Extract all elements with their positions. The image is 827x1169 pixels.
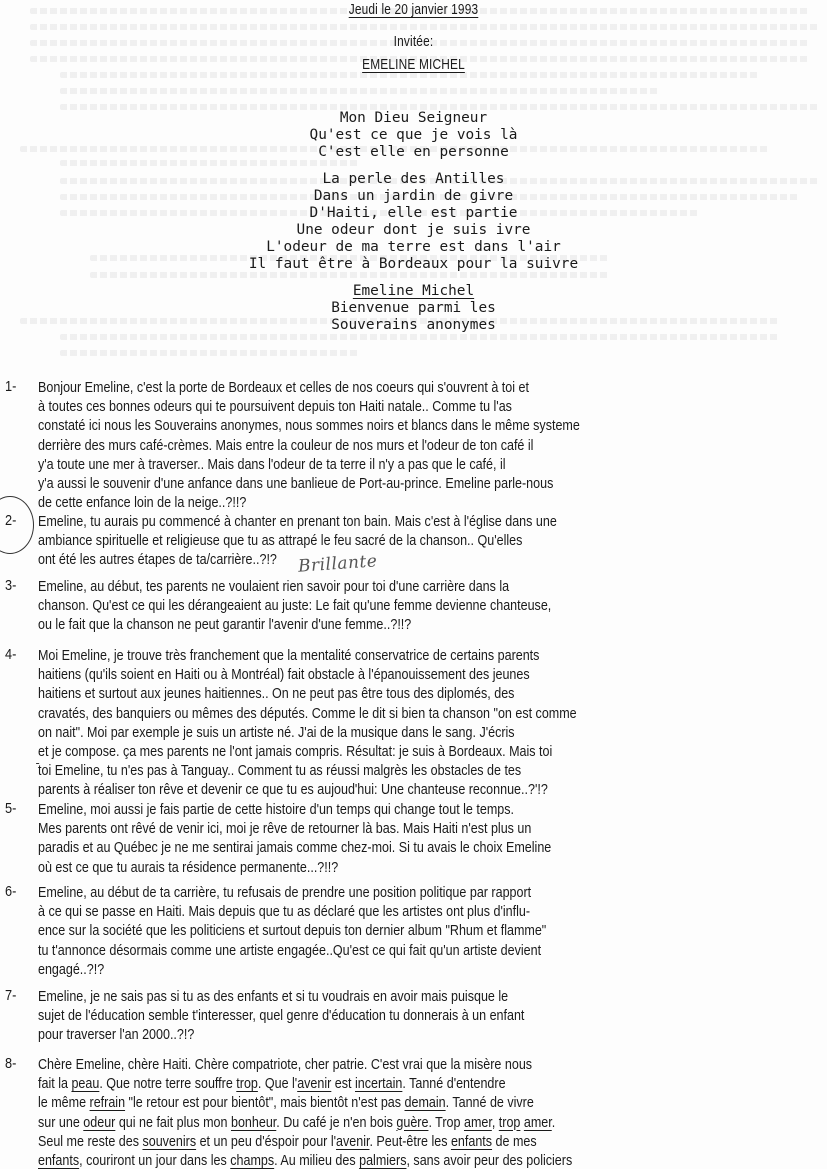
circle-annotation [0,496,34,554]
question-line: sur une odeur qui ne fait plus mon bonhe… [38,1113,826,1132]
question-line: paradis et au Québec je ne me sentirai j… [38,838,826,857]
question-text: Emeline, moi aussi je fais partie de cet… [38,800,826,877]
question-text: Emeline, au début, tes parents ne voulai… [38,577,826,635]
question-number: 3- [5,577,16,594]
question-line: ambiance spirituelle et religieuse que t… [38,531,826,550]
underlined-word: amer [524,1114,552,1131]
poem-line: Souverains anonymes [0,317,827,334]
poem: Mon Dieu Seigneur Qu'est ce que je vois … [0,110,827,334]
underlined-word: avenir [297,1075,331,1092]
question-line: Seul me reste des souvenirs et un peu d'… [38,1132,826,1151]
underlined-word: amer [464,1114,492,1131]
underlined-word: enfants [451,1133,492,1150]
question-line: Emeline, moi aussi je fais partie de cet… [38,800,826,819]
poem-line: D'Haiti, elle est partie [0,205,827,222]
question-line: y'a toute une mer à traverser.. Mais dan… [38,455,826,474]
question-line: on nait". Moi par exemple je suis un art… [38,723,826,742]
underlined-word: trop [499,1114,521,1131]
document-page: Jeudi le 20 janvier 1993 Invitée: EMELIN… [0,0,827,1169]
poem-line: Dans un jardin de givre [0,188,827,205]
guest-name-row: EMELINE MICHEL [0,57,827,73]
question-text: Moi Emeline, je trouve très franchement … [38,646,826,800]
question-line: parents à réaliser ton rêve et devenir c… [38,780,826,799]
underlined-word: incertain [355,1075,402,1092]
underlined-word: odeur [83,1114,115,1131]
question-line: à toutes ces bonnes odeurs qui te poursu… [38,397,826,416]
guest-label: Invitée: [74,34,752,50]
underlined-word: refrain [90,1094,126,1111]
margin-dash-mark: - [34,756,41,770]
question-text: Bonjour Emeline, c'est la porte de Borde… [38,378,826,512]
question-text: Emeline, tu aurais pu commencé à chanter… [38,512,826,570]
question-number: 8- [5,1055,16,1072]
question-text: Emeline, au début de ta carrière, tu ref… [38,883,826,979]
question-number: 7- [5,987,16,1004]
underlined-word: bonheur [231,1114,276,1131]
poem-line: Bienvenue parmi les [0,300,827,317]
question-line: à ce qui se passe en Haiti. Mais depuis … [38,902,826,921]
question-number: 1- [5,378,16,395]
poem-line: L'odeur de ma terre est dans l'air [0,239,827,256]
underlined-word: trop [236,1075,258,1092]
question-line: derrière des murs café-crèmes. Mais entr… [38,436,826,455]
question-text: Chère Emeline, chère Haiti. Chère compat… [38,1055,826,1169]
underlined-word: avenir [336,1133,369,1150]
poem-line: Une odeur dont je suis ivre [0,222,827,239]
question-line: haitiens (qu'ils soient en Haiti ou à Mo… [38,665,826,684]
question-line: pour traverser l'an 2000..?!? [38,1025,826,1044]
question-line: cravatés, des banquiers ou mêmes des dép… [38,704,826,723]
date-heading: Jeudi le 20 janvier 1993 [74,2,752,18]
question-line: ont été les autres étapes de ta/carrière… [38,550,826,569]
underlined-word: palmiers [359,1152,406,1169]
question-line: Moi Emeline, je trouve très franchement … [38,646,826,665]
date-text: Jeudi le 20 janvier 1993 [349,2,479,18]
question-line: engagé..?!? [38,960,826,979]
guest-label-row: Invitée: [0,34,827,50]
question-line: ence sur la société que les politiciens … [38,921,826,940]
poem-line: La perle des Antilles [0,171,827,188]
poem-line: Qu'est ce que je vois là [0,127,827,144]
question-line: ou le fait que la chanson ne peut garant… [38,615,826,634]
question-line: Emeline, tu aurais pu commencé à chanter… [38,512,826,531]
question-line: Mes parents ont rêvé de venir ici, moi j… [38,819,826,838]
poem-line: C'est elle en personne [0,144,827,161]
question-line: Emeline, au début, tes parents ne voulai… [38,577,826,596]
guest-name-wrap: EMELINE MICHEL [74,57,752,73]
underlined-word: enfants [38,1152,79,1169]
poem-signature: Emeline Michel [0,283,827,300]
question-number: 6- [5,883,16,900]
underlined-word: guère [396,1114,428,1131]
question-line: sujet de l'éducation semble t'interesser… [38,1006,826,1025]
question-line: chanson. Qu'est ce qui les dérangeaient … [38,596,826,615]
question-line: Emeline, au début de ta carrière, tu ref… [38,883,826,902]
question-line: et je compose. ça mes parents ne l'ont j… [38,742,826,761]
question-line: le même refrain "le retour est pour bien… [38,1093,826,1112]
handwritten-annotation: Brillante [297,551,378,576]
question-text: Emeline, je ne sais pas si tu as des enf… [38,987,826,1045]
poem-line: Mon Dieu Seigneur [0,110,827,127]
question-number: 4- [5,646,16,663]
question-line: tu t'annonce désormais comme une artiste… [38,941,826,960]
underlined-word: souvenirs [142,1133,196,1150]
question-line: Bonjour Emeline, c'est la porte de Borde… [38,378,826,397]
question-line: enfants, couriront un jour dans les cham… [38,1151,826,1169]
signature-name: Emeline Michel [353,283,474,299]
poem-line: Il faut être à Bordeaux pour la suivre [0,256,827,273]
question-line: haitiens et surtout aux jeunes haitienne… [38,684,826,703]
question-line: fait la peau. Que notre terre souffre tr… [38,1074,826,1093]
underlined-word: demain [405,1094,446,1111]
question-line: Chère Emeline, chère Haiti. Chère compat… [38,1055,826,1074]
poem-stanza-2: La perle des Antilles Dans un jardin de … [0,171,827,273]
poem-stanza-1: Mon Dieu Seigneur Qu'est ce que je vois … [0,110,827,161]
question-line: y'a aussi le souvenir d'une anfance dans… [38,474,826,493]
question-line: où est ce que tu aurais ta résidence per… [38,858,826,877]
underlined-word: champs [230,1152,274,1169]
question-line: Emeline, je ne sais pas si tu as des enf… [38,987,826,1006]
guest-name: EMELINE MICHEL [362,57,465,73]
question-line: de cette enfance loin de la neige..?!!? [38,493,826,512]
question-line: toi Emeline, tu n'es pas à Tanguay.. Com… [38,761,826,780]
question-number: 5- [5,800,16,817]
underlined-word: peau [71,1075,99,1092]
header: Jeudi le 20 janvier 1993 [0,2,827,18]
question-line: constaté ici nous les Souverains anonyme… [38,416,826,435]
